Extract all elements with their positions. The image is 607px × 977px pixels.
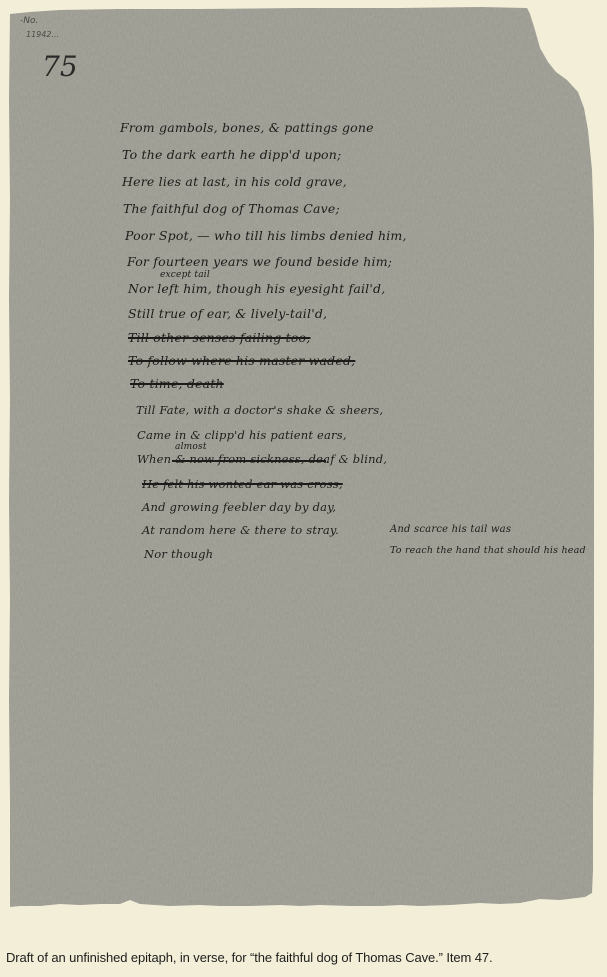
struck-verse-line: He felt his wonted ear was cross, <box>142 477 343 491</box>
verse-line: At random here & there to stray. <box>142 523 339 537</box>
pencil-catalog-mark: -No. <box>20 16 38 26</box>
strike-through-mark <box>172 460 326 462</box>
struck-verse-line: Till other senses failing too, <box>128 330 310 345</box>
verse-line: Nor left him, though his eyesight fail'd… <box>128 281 385 296</box>
verse-line: Here lies at last, in his cold grave, <box>122 174 347 189</box>
marginal-note-line: And scarce his tail was <box>390 524 511 535</box>
folio-number: 75 <box>42 50 78 83</box>
verse-line: Came in & clipp'd his patient ears, <box>137 428 347 442</box>
verse-line-partially-struck: When & now from sickness, deaf & blind, <box>137 452 387 466</box>
verse-line: To the dark earth he dipp'd upon; <box>122 147 341 162</box>
verse-line: Poor Spot, — who till his limbs denied h… <box>125 228 407 243</box>
verse-line: Nor though <box>144 547 213 561</box>
interlinear-insertion: almost <box>175 442 207 452</box>
marginal-note-line: To reach the hand that should his head <box>390 545 586 556</box>
verse-line: For fourteen years we found beside him; <box>127 254 392 269</box>
verse-line: From gambols, bones, & pattings gone <box>120 120 374 135</box>
pencil-catalog-number: 11942... <box>26 30 59 39</box>
interlinear-insertion: except tail <box>160 270 210 280</box>
manuscript-page: -No. 11942... 75 From gambols, bones, & … <box>0 0 607 977</box>
struck-verse-line: To follow where his master waded, <box>128 353 355 368</box>
verse-line: Till Fate, with a doctor's shake & sheer… <box>136 403 383 417</box>
struck-verse-line: To time, death <box>130 376 224 391</box>
verse-line: And growing feebler day by day, <box>142 500 336 514</box>
verse-line: Still true of ear, & lively-tail'd, <box>128 306 327 321</box>
figure-caption: Draft of an unfinished epitaph, in verse… <box>6 950 493 965</box>
verse-line: The faithful dog of Thomas Cave; <box>123 201 340 216</box>
